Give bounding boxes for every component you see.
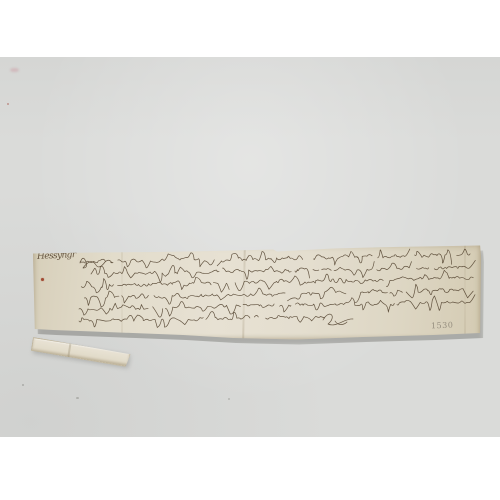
seal-tail	[31, 337, 131, 367]
dust-speck	[228, 398, 230, 400]
pink-smudge	[10, 68, 19, 72]
red-speck	[7, 103, 9, 105]
manuscript-text	[33, 245, 481, 341]
manuscript-strip: Hessyngr 1530	[33, 245, 481, 341]
fold-crease	[67, 344, 71, 357]
photo-background: Hessyngr 1530	[0, 57, 500, 437]
pencil-year-annotation: 1530	[431, 321, 454, 331]
dust-speck	[76, 397, 79, 399]
red-wax-spot	[41, 278, 44, 281]
dust-speck	[22, 384, 24, 386]
